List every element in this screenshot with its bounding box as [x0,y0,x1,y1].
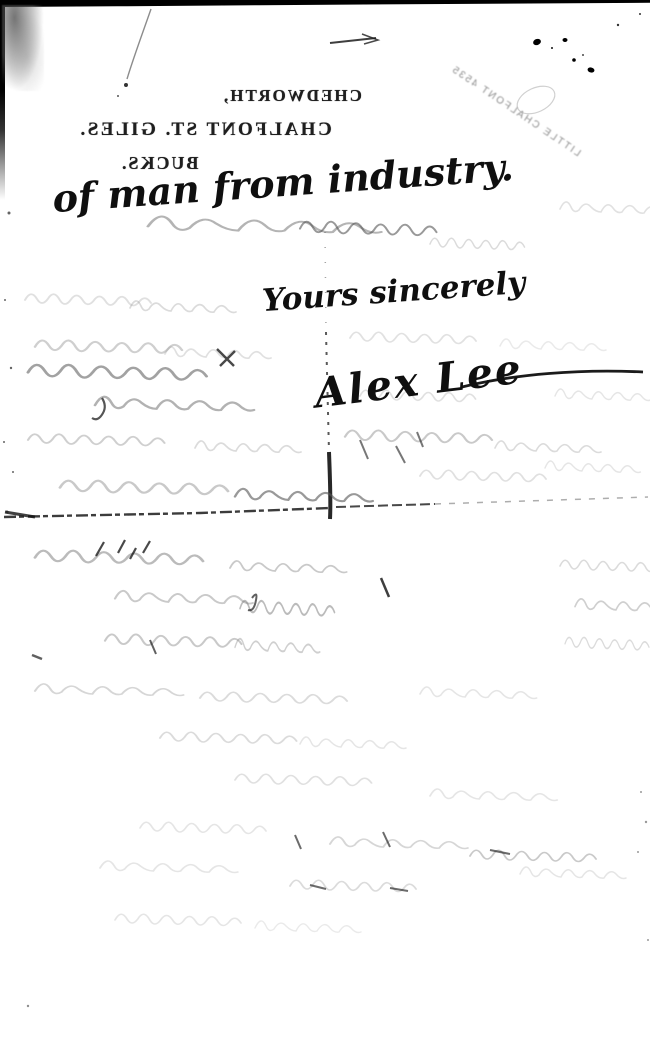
corner-smudge [2,5,44,91]
corner-crease [117,9,151,97]
scan-edge-top [0,0,650,7]
scanned-letter-page: CHEDWORTH, CHALFONT ST. GILES. BUCKS. LI… [0,0,650,1038]
letterhead-line-1: CHEDWORTH, [222,86,362,106]
handwriting-closing: Yours sincerely [261,265,526,319]
scan-artifacts-layer [0,0,650,1038]
handwriting-signature: Alex Lee [312,344,525,417]
letterhead-line-2: CHALFONT ST. GILES. [78,119,332,141]
